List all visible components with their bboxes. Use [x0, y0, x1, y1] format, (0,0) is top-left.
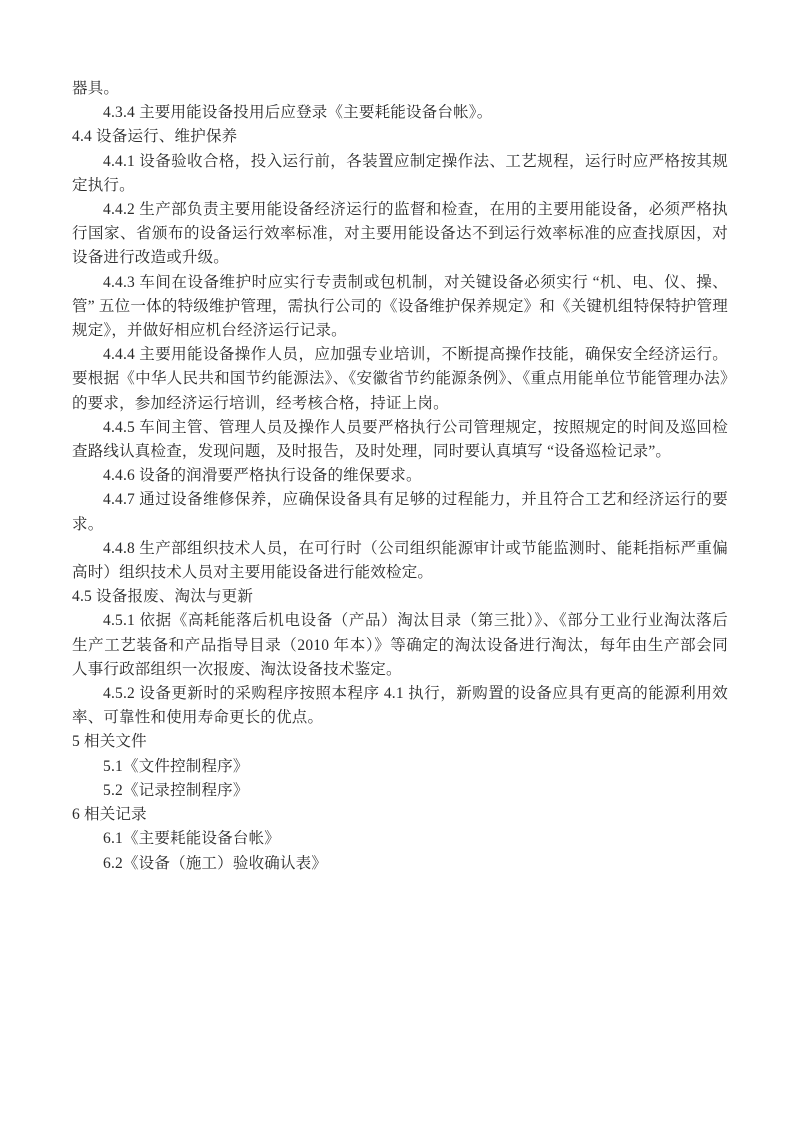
paragraph-5.2: 5.2《记录控制程序》 [72, 779, 728, 803]
paragraph-4.4.4: 4.4.4 主要用能设备操作人员，应加强专业培训，不断提高操作技能，确保安全经济… [72, 343, 728, 416]
paragraph-4.3.4: 4.3.4 主要用能设备投用后应登录《主要耗能设备台帐》。 [72, 101, 728, 125]
paragraph-6: 6 相关记录 [72, 803, 728, 827]
paragraph-5.1: 5.1《文件控制程序》 [72, 755, 728, 779]
paragraph-4.4: 4.4 设备运行、维护保养 [72, 125, 728, 149]
paragraph-4.4.2: 4.4.2 生产部负责主要用能设备经济运行的监督和检查，在用的主要用能设备，必须… [72, 198, 728, 271]
paragraph-4.4.6: 4.4.6 设备的润滑要严格执行设备的维保要求。 [72, 464, 728, 488]
document-page: 器具。4.3.4 主要用能设备投用后应登录《主要耗能设备台帐》。4.4 设备运行… [0, 0, 800, 1130]
paragraph-6.2: 6.2《设备（施工）验收确认表》 [72, 852, 728, 876]
paragraph-prev-continuation: 器具。 [72, 77, 728, 101]
paragraph-4.5.1: 4.5.1 依据《高耗能落后机电设备（产品）淘汰目录（第三批）》、《部分工业行业… [72, 609, 728, 682]
paragraph-4.4.8: 4.4.8 生产部组织技术人员，在可行时（公司组织能源审计或节能监测时、能耗指标… [72, 537, 728, 585]
document-body: 器具。4.3.4 主要用能设备投用后应登录《主要耗能设备台帐》。4.4 设备运行… [72, 77, 728, 876]
paragraph-4.4.5: 4.4.5 车间主管、管理人员及操作人员要严格执行公司管理规定，按照规定的时间及… [72, 416, 728, 464]
paragraph-5: 5 相关文件 [72, 730, 728, 754]
paragraph-4.5: 4.5 设备报废、淘汰与更新 [72, 585, 728, 609]
paragraph-4.4.1: 4.4.1 设备验收合格，投入运行前，各装置应制定操作法、工艺规程，运行时应严格… [72, 150, 728, 198]
paragraph-4.5.2: 4.5.2 设备更新时的采购程序按照本程序 4.1 执行，新购置的设备应具有更高… [72, 682, 728, 730]
paragraph-6.1: 6.1《主要耗能设备台帐》 [72, 827, 728, 851]
paragraph-4.4.7: 4.4.7 通过设备维修保养，应确保设备具有足够的过程能力，并且符合工艺和经济运… [72, 488, 728, 536]
paragraph-4.4.3: 4.4.3 车间在设备维护时应实行专责制或包机制，对关键设备必须实行 “机、电、… [72, 271, 728, 344]
